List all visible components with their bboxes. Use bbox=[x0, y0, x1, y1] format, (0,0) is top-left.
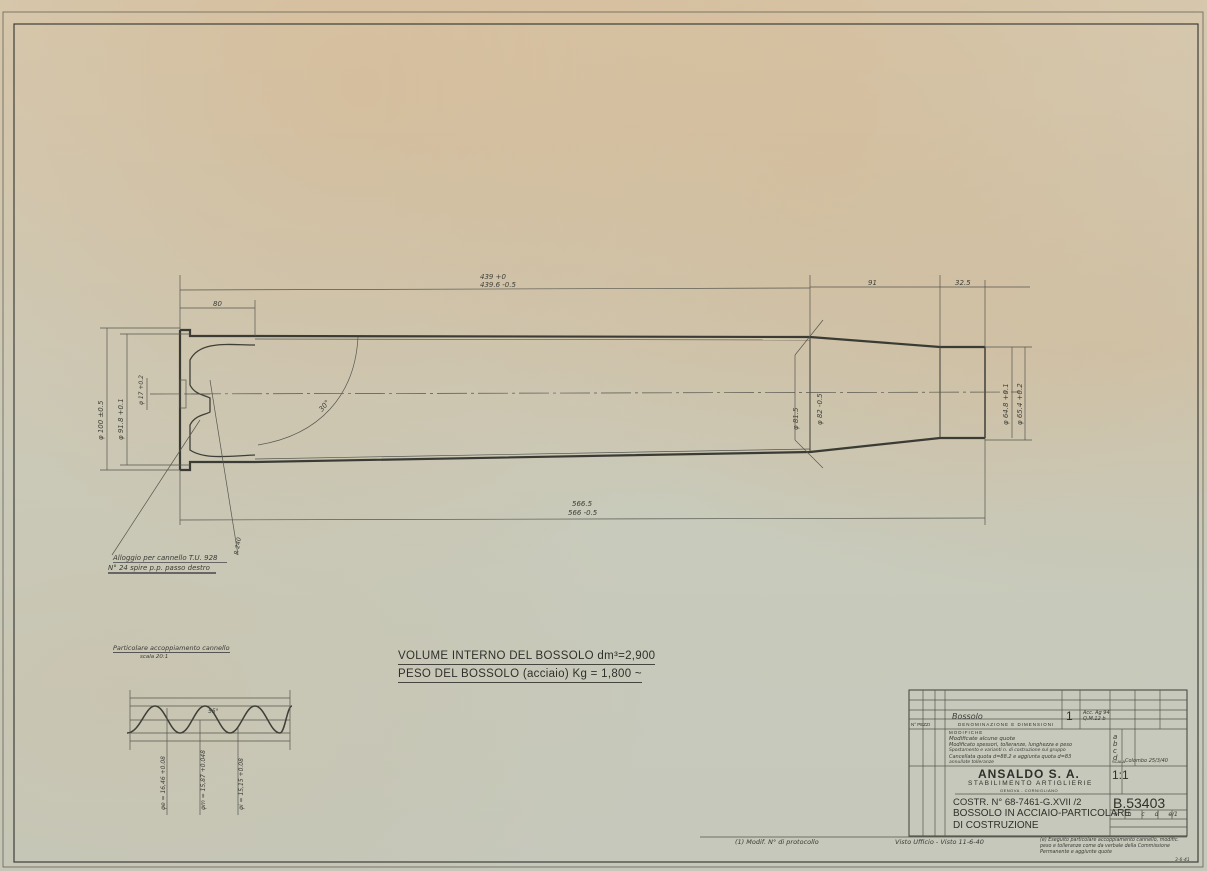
primer-seat-note: Alloggio per cannello T.U. 928 bbox=[113, 554, 227, 563]
quantity: 1 bbox=[1066, 709, 1073, 723]
dimension-lines: 439 +0 439.6 -0.5 91 32.5 80 566.5 566 -… bbox=[97, 273, 1032, 555]
rev-cell: a bbox=[1114, 811, 1118, 818]
weight-spec: PESO DEL BOSSOLO (acciaio) Kg = 1,800 ~ bbox=[398, 668, 642, 683]
svg-text:φm = 15,87 +0.048: φm = 15,87 +0.048 bbox=[200, 750, 207, 810]
svg-text:91: 91 bbox=[868, 279, 877, 287]
svg-text:30°: 30° bbox=[317, 399, 331, 414]
svg-text:φ 91.8 +0.1: φ 91.8 +0.1 bbox=[117, 398, 125, 440]
svg-text:φe = 16,46 +0.08: φe = 16,46 +0.08 bbox=[160, 756, 167, 810]
svg-text:439.6 -0.5: 439.6 -0.5 bbox=[480, 281, 516, 289]
svg-text:φ 100 ±0.5: φ 100 ±0.5 bbox=[97, 400, 105, 440]
svg-text:566.5: 566.5 bbox=[572, 500, 593, 508]
footer-note-date: 3-6-41 bbox=[1175, 858, 1190, 863]
svg-text:φ 65.4 +0.2: φ 65.4 +0.2 bbox=[1016, 383, 1024, 425]
svg-text:φi = 15,15 +0.08: φi = 15,15 +0.08 bbox=[238, 758, 245, 810]
scale-value: 1:1 bbox=[1112, 768, 1129, 782]
thread-note: N° 24 spire p.p. passo destro bbox=[108, 564, 216, 574]
description-line2: DI COSTRUZIONE bbox=[953, 820, 1039, 831]
footer-ref-1: (1) Modif. N° di protocollo bbox=[735, 838, 819, 846]
material-note: Acc. Ag 94 Q.M.12 b bbox=[1083, 710, 1111, 722]
company-location: GENOVA - CORNIGLIANO bbox=[1000, 788, 1058, 793]
part-name: Bossolo bbox=[952, 712, 983, 721]
drawing-sheet: 30° 439 +0 439.6 -0.5 91 32.5 80 566.5 5… bbox=[0, 0, 1207, 871]
rev-cell: e/1 bbox=[1168, 811, 1178, 818]
company-division: STABILIMENTO ARTIGLIERIE bbox=[968, 780, 1093, 787]
revision-row: a b c d e/1 bbox=[1114, 811, 1178, 818]
svg-text:32.5: 32.5 bbox=[955, 279, 971, 287]
footer-signatures: Visto Ufficio - Visto 11-6-40 bbox=[895, 838, 984, 846]
header-denomination: DENOMINAZIONE E DIMENSIONI bbox=[958, 722, 1054, 727]
detail-title: Particolare accoppiamento cannello bbox=[113, 644, 230, 653]
svg-text:80: 80 bbox=[213, 300, 222, 308]
rev-cell: b bbox=[1128, 811, 1132, 818]
svg-text:55°: 55° bbox=[208, 708, 219, 715]
rev-cell: c bbox=[1141, 811, 1144, 818]
svg-text:φ 82 -0.5: φ 82 -0.5 bbox=[816, 393, 824, 425]
cartridge-case-profile: 30° bbox=[150, 320, 1020, 470]
description-line1: BOSSOLO IN ACCIAIO-PARTICOLARE bbox=[953, 808, 1131, 819]
detail-scale: scala 20:1 bbox=[140, 654, 168, 660]
svg-text:φ 17 +0.2: φ 17 +0.2 bbox=[138, 375, 145, 405]
rev-cell: d bbox=[1155, 811, 1159, 818]
modifications-label: MODIFICHE bbox=[949, 730, 983, 735]
svg-text:566 -0.5: 566 -0.5 bbox=[568, 509, 598, 517]
construction-number: COSTR. N° 68-7461-G.XVII /2 bbox=[953, 797, 1081, 808]
svg-text:439 +0: 439 +0 bbox=[480, 273, 506, 281]
volume-spec: VOLUME INTERNO DEL BOSSOLO dm³=2,900 bbox=[398, 650, 655, 665]
revision-letters: a b c d bbox=[1113, 734, 1117, 762]
drawing-number: B.53403 bbox=[1113, 795, 1165, 811]
thread-detail: 55° φe = 16,46 +0.08 φm = 15,87 +0.048 φ… bbox=[127, 690, 292, 815]
company-name: ANSALDO S. A. bbox=[978, 767, 1080, 781]
header-pieces: N° PEZZI bbox=[911, 722, 930, 727]
svg-text:φ 64.8 +0.1: φ 64.8 +0.1 bbox=[1002, 383, 1010, 425]
scale-label: SCALA bbox=[1112, 759, 1125, 764]
footer-note-e: (e) Eseguito particolare accoppiamento c… bbox=[1040, 838, 1190, 856]
modification-item: annullate tolleranze bbox=[949, 760, 1109, 766]
svg-text:φ 81.5: φ 81.5 bbox=[792, 407, 800, 430]
modifications-list: Modificate alcune quote Modificato spess… bbox=[949, 736, 1109, 766]
date-signed: Colombo 25/3/40 bbox=[1125, 758, 1168, 764]
svg-text:R 240: R 240 bbox=[233, 537, 243, 556]
